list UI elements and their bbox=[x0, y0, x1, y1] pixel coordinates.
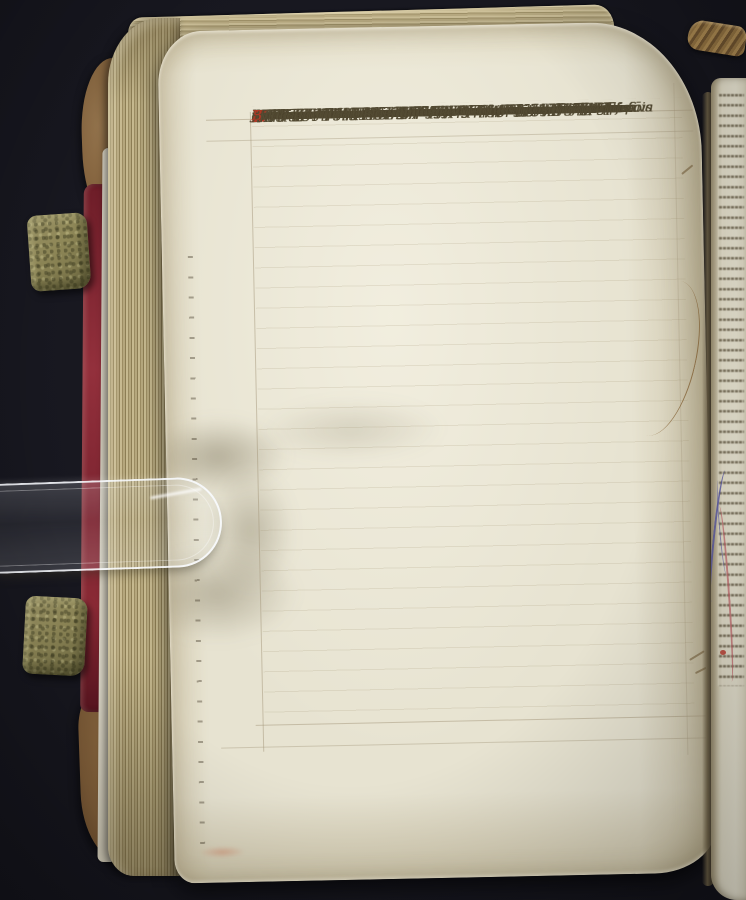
manuscript-text-block: adiuttoriū suualis studij nēcia sūt corp… bbox=[252, 98, 695, 719]
endband bbox=[686, 19, 746, 58]
red-pigment-smudge bbox=[200, 846, 244, 858]
clasp-stub-top bbox=[26, 212, 91, 292]
clasp-stub-bottom bbox=[22, 595, 88, 676]
ruling-horizontal-bottom-2 bbox=[221, 737, 706, 748]
rubric-mark bbox=[720, 650, 726, 655]
facing-page-sliver bbox=[711, 78, 746, 900]
manuscript-photo: adiuttoriū suualis studij nēcia sūt corp… bbox=[0, 0, 746, 900]
manuscript-page: adiuttoriū suualis studij nēcia sūt corp… bbox=[157, 20, 717, 883]
